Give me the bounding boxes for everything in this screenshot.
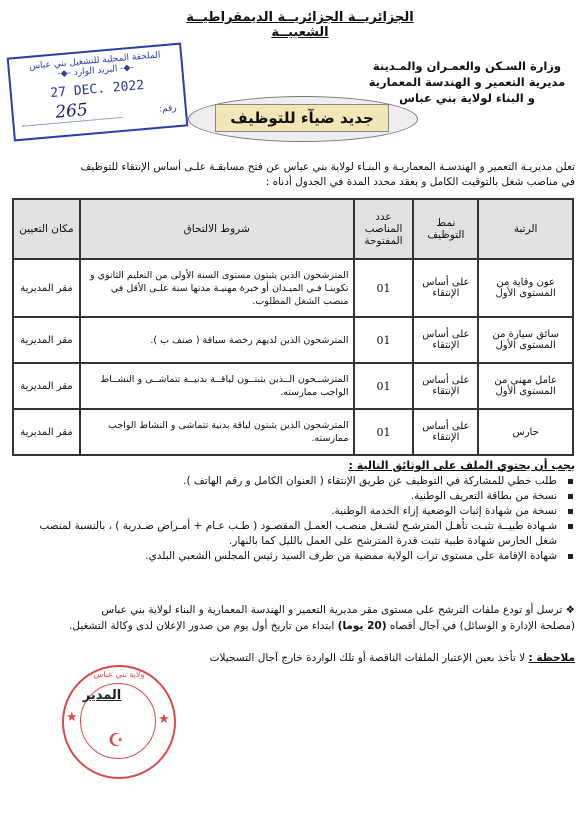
table-row: عامل مهني من المستوى الأول على أساس الإن… [13,363,573,409]
intro-paragraph: تعلن مديريـة التعمير و الهندسـة المعماري… [20,160,575,190]
header-rank: الرتبة [478,199,573,259]
cell-place: مقر المديرية [13,409,80,455]
ministry-line: وزارة السـكن والعمـران والمـدينة [367,58,567,74]
note-text: لا تأخذ بعين الإعتبار الملفات الناقصة أو… [210,652,529,664]
jobs-table: الرتبة نمط التوظيف عدد المناصب المفتوحة … [12,198,574,456]
bullet-icon [568,554,573,559]
list-item: نسخة من بطاقة التعريف الوطنية. [15,489,575,504]
header-place: مكان التعيين [13,199,80,259]
intro-line: تعلن مديريـة التعمير و الهندسـة المعماري… [20,160,575,175]
cell-positions: 01 [354,409,414,455]
cell-rank: عامل مهني من المستوى الأول [478,363,573,409]
list-item: نسخة من شهادة إثبات الوضعية إزاء الخدمة … [15,504,575,519]
header-conditions: شروط الالتحاق [80,199,354,259]
received-stamp: الملحقة المحلية للتشغيل بني عباس -◆- الب… [7,43,189,142]
seal-star-icon: ★ [158,712,170,727]
cell-positions: 01 [354,363,414,409]
table-header-row: الرتبة نمط التوظيف عدد المناصب المفتوحة … [13,199,573,259]
cell-rank: حارس [478,409,573,455]
wilaya-line: و البناء لولاية بني عباس [367,90,567,106]
director-signature: المدير [62,688,142,703]
cell-mode: على أساس الإنتقاء [413,317,478,363]
cell-place: مقر المديرية [13,317,80,363]
list-item: شـهادة طبيــة تثبـت تأهـل المترشـح لشـغل… [15,519,575,549]
cell-mode: على أساس الإنتقاء [413,409,478,455]
submission-paragraph: ❖ ترسل أو تودع ملفات الترشح على مستوى مق… [20,602,575,634]
table-row: عون وقاية من المستوى الأول على أساس الإن… [13,259,573,317]
cell-conditions: المترشــحون الــذين يثبتــون لياقــة بدن… [80,363,354,409]
table-row: سائق سيارة من المستوى الأول على أساس الإ… [13,317,573,363]
list-item: طلب خطي للمشاركة في التوظيف عن طريق الإن… [15,474,575,489]
cell-mode: على أساس الإنتقاء [413,363,478,409]
bullet-icon [568,524,573,529]
stamp-number: 265 [21,97,122,127]
table-row: حارس على أساس الإنتقاء 01 المترشحون الذي… [13,409,573,455]
intro-line: في مناصب شغل بالتوقيت الكامل و بعقد محدد… [20,175,575,190]
cell-rank: عون وقاية من المستوى الأول [478,259,573,317]
seal-text: ولاية بني عباس [84,670,154,679]
stamp-number-label: رقم: [159,103,177,115]
seal-crescent-icon: ☪ [108,730,124,751]
page-title: الجزائريــة الجزائريــة الديمقراطيــة ال… [170,10,430,40]
cell-conditions: المترشحون الذين يثبتون مستوى السنة الأول… [80,259,354,317]
header-positions: عدد المناصب المفتوحة [354,199,414,259]
cell-conditions: المترشحون الذين لديهم رخصة سياقة ( صنف ب… [80,317,354,363]
deadline: (20 يوما) [338,620,387,632]
bullet-icon [568,479,573,484]
cell-place: مقر المديرية [13,363,80,409]
cell-conditions: المترشحون الذين يثبتون لياقة بدنية تتماش… [80,409,354,455]
submission-line: (مصلحة الإدارة و الوسائل) في آجال أقصاه … [20,618,575,634]
documents-list: طلب خطي للمشاركة في التوظيف عن طريق الإن… [15,474,575,564]
cell-positions: 01 [354,259,414,317]
header-mode: نمط التوظيف [413,199,478,259]
list-item: شهادة الإقامة على مستوى تراب الولاية ممض… [15,549,575,564]
note: ملاحظة : لا تأخذ بعين الإعتبار الملفات ا… [150,652,575,664]
note-label: ملاحظة : [529,652,576,664]
cell-mode: على أساس الإنتقاء [413,259,478,317]
cell-rank: سائق سيارة من المستوى الأول [478,317,573,363]
cell-positions: 01 [354,317,414,363]
recruitment-banner: جديد ضيآء للتوظيف [215,104,389,132]
directorate-line: مديرية التعمير و الهندسة المعمارية [367,74,567,90]
cell-place: مقر المديرية [13,259,80,317]
seal-star-icon: ★ [66,710,78,725]
bullet-icon [568,494,573,499]
ministry-header: وزارة السـكن والعمـران والمـدينة مديرية … [367,58,567,106]
submission-line: ❖ ترسل أو تودع ملفات الترشح على مستوى مق… [20,602,575,618]
documents-title: يجب أن يحتوي الملف على الوثائق التالية : [200,459,575,472]
bullet-icon [568,509,573,514]
